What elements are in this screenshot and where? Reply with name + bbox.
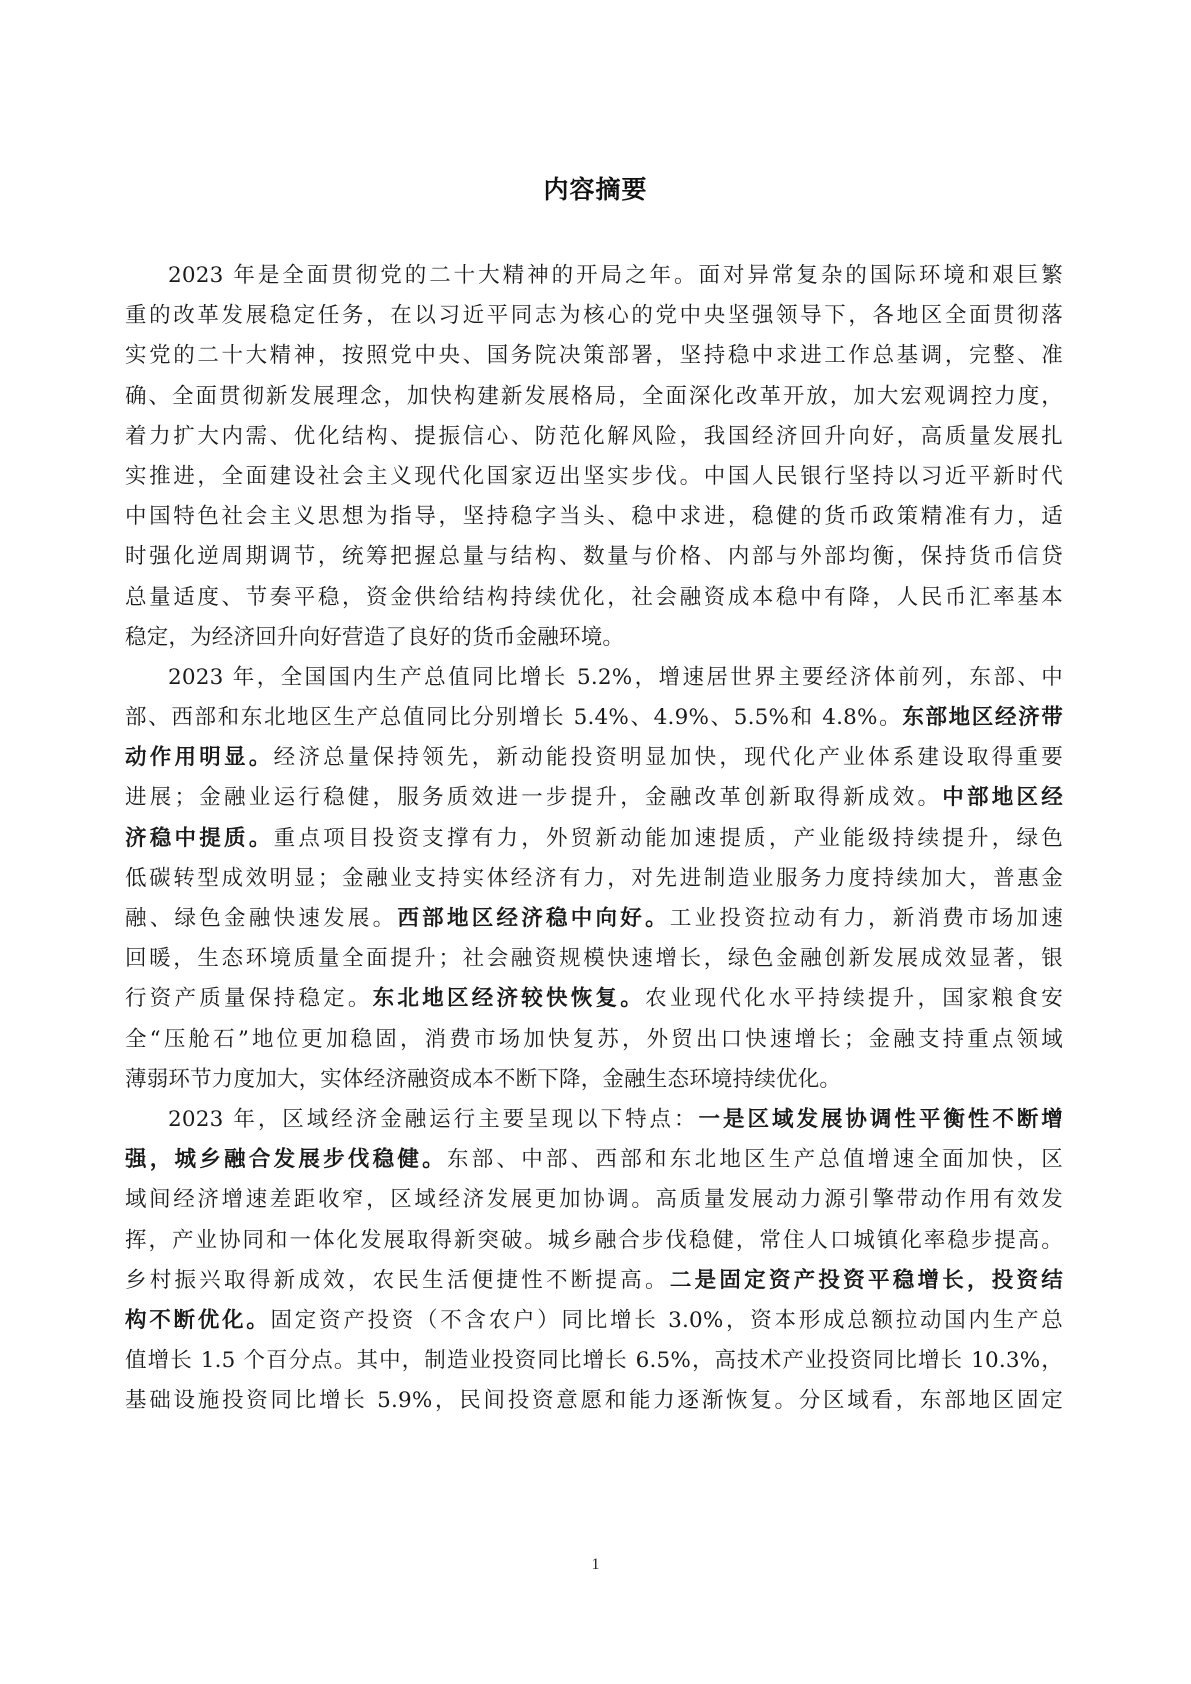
text-segment: 2023 年是全面贯彻党的二十大精神的开局之年。面对异常复杂的国际环境和艰巨繁 bbox=[168, 263, 1063, 288]
text-line: 2023 年，区域经济金融运行主要呈现以下特点：一是区域发展协调性平衡性不断增 bbox=[125, 1100, 1063, 1140]
text-line: 2023 年是全面贯彻党的二十大精神的开局之年。面对异常复杂的国际环境和艰巨繁 bbox=[125, 256, 1063, 296]
text-line: 薄弱环节力度加大，实体经济融资成本不断下降，金融生态环境持续优化。 bbox=[125, 1060, 1063, 1100]
text-segment: 薄弱环节力度加大，实体经济融资成本不断下降，金融生态环境持续优化。 bbox=[125, 1067, 841, 1092]
text-line: 构不断优化。固定资产投资（不含农户）同比增长 3.0%，资本形成总额拉动国内生产… bbox=[125, 1301, 1063, 1341]
text-line: 总量适度、节奏平稳，资金供给结构持续优化，社会融资成本稳中有降，人民币汇率基本 bbox=[125, 578, 1063, 618]
text-line: 行资产质量保持稳定。东北地区经济较快恢复。农业现代化水平持续提升，国家粮食安 bbox=[125, 979, 1063, 1019]
text-segment: 行资产质量保持稳定。 bbox=[125, 986, 373, 1011]
text-line: 部、西部和东北地区生产总值同比分别增长 5.4%、4.9%、5.5%和 4.8%… bbox=[125, 698, 1063, 738]
text-segment: 重的改革发展稳定任务，在以习近平同志为核心的党中央坚强领导下，各地区全面贯彻落 bbox=[125, 303, 1063, 328]
text-line: 着力扩大内需、优化结构、提振信心、防范化解风险，我国经济回升向好，高质量发展扎 bbox=[125, 417, 1063, 457]
text-segment: 乡村振兴取得新成效，农民生活便捷性不断提高。 bbox=[125, 1268, 670, 1293]
text-line: 乡村振兴取得新成效，农民生活便捷性不断提高。二是固定资产投资平稳增长，投资结 bbox=[125, 1261, 1063, 1301]
text-line: 值增长 1.5 个百分点。其中，制造业投资同比增长 6.5%，高技术产业投资同比… bbox=[125, 1341, 1063, 1381]
text-line: 域间经济增速差距收窄，区域经济发展更加协调。高质量发展动力源引擎带动作用有效发 bbox=[125, 1180, 1063, 1220]
text-line: 低碳转型成效明显；金融业支持实体经济有力，对先进制造业服务力度持续加大，普惠金 bbox=[125, 859, 1063, 899]
text-segment: 2023 年，全国国内生产总值同比增长 5.2%，增速居世界主要经济体前列，东部… bbox=[168, 665, 1063, 690]
text-line: 实党的二十大精神，按照党中央、国务院决策部署，坚持稳中求进工作总基调，完整、准 bbox=[125, 336, 1063, 376]
text-segment: 2023 年，区域经济金融运行主要呈现以下特点： bbox=[168, 1107, 699, 1132]
text-segment: 挥，产业协同和一体化发展取得新突破。城乡融合步伐稳健，常住人口城镇化率稳步提高。 bbox=[125, 1228, 1063, 1253]
text-line: 2023 年，全国国内生产总值同比增长 5.2%，增速居世界主要经济体前列，东部… bbox=[125, 658, 1063, 698]
text-segment: 固定资产投资（不含农户）同比增长 3.0%，资本形成总额拉动国内生产总 bbox=[271, 1308, 1064, 1333]
bold-heading-east-cont: 动作用明显。 bbox=[125, 745, 274, 770]
text-segment: 总量适度、节奏平稳，资金供给结构持续优化，社会融资成本稳中有降，人民币汇率基本 bbox=[125, 585, 1063, 610]
text-line: 实推进，全面建设社会主义现代化国家迈出坚实步伐。中国人民银行坚持以习近平新时代 bbox=[125, 457, 1063, 497]
text-line: 时强化逆周期调节，统筹把握总量与结构、数量与价格、内部与外部均衡，保持货币信贷 bbox=[125, 537, 1063, 577]
text-segment: 时强化逆周期调节，统筹把握总量与结构、数量与价格、内部与外部均衡，保持货币信贷 bbox=[125, 544, 1063, 569]
text-line: 融、绿色金融快速发展。西部地区经济稳中向好。工业投资拉动有力，新消费市场加速 bbox=[125, 899, 1063, 939]
bold-point-one-cont: 强，城乡融合发展步伐稳健。 bbox=[125, 1147, 447, 1172]
text-line: 进展；金融业运行稳健，服务质效进一步提升，金融改革创新取得新成效。中部地区经 bbox=[125, 778, 1063, 818]
bold-heading-central: 中部地区经 bbox=[942, 785, 1063, 810]
text-segment: 回暖，生态环境质量全面提升；社会融资规模快速增长，绿色金融创新发展成效显著，银 bbox=[125, 946, 1063, 971]
text-segment: 进展；金融业运行稳健，服务质效进一步提升，金融改革创新取得新成效。 bbox=[125, 785, 942, 810]
bold-point-one: 一是区域发展协调性平衡性不断增 bbox=[699, 1107, 1063, 1132]
bold-point-two-cont: 构不断优化。 bbox=[125, 1308, 271, 1333]
text-line: 强，城乡融合发展步伐稳健。东部、中部、西部和东北地区生产总值增速全面加快，区 bbox=[125, 1140, 1063, 1180]
text-segment: 实推进，全面建设社会主义现代化国家迈出坚实步伐。中国人民银行坚持以习近平新时代 bbox=[125, 464, 1063, 489]
text-segment: 基础设施投资同比增长 5.9%，民间投资意愿和能力逐渐恢复。分区域看，东部地区固… bbox=[125, 1388, 1063, 1413]
bold-point-two: 二是固定资产投资平稳增长，投资结 bbox=[670, 1268, 1063, 1293]
paragraph-3: 2023 年，区域经济金融运行主要呈现以下特点：一是区域发展协调性平衡性不断增 … bbox=[125, 1100, 1063, 1422]
text-segment: 确、全面贯彻新发展理念，加快构建新发展格局，全面深化改革开放，加大宏观调控力度， bbox=[125, 384, 1063, 409]
text-segment: 工业投资拉动有力，新消费市场加速 bbox=[670, 906, 1063, 931]
document-page: 内容摘要 2023 年是全面贯彻党的二十大精神的开局之年。面对异常复杂的国际环境… bbox=[0, 0, 1191, 1684]
bold-heading-west: 西部地区经济稳中向好。 bbox=[397, 906, 669, 931]
paragraph-2: 2023 年，全国国内生产总值同比增长 5.2%，增速居世界主要经济体前列，东部… bbox=[125, 658, 1063, 1100]
text-segment: 经济总量保持领先，新动能投资明显加快，现代化产业体系建设取得重要 bbox=[274, 745, 1063, 770]
text-line: 回暖，生态环境质量全面提升；社会融资规模快速增长，绿色金融创新发展成效显著，银 bbox=[125, 939, 1063, 979]
bold-heading-east: 东部地区经济带 bbox=[902, 705, 1063, 730]
text-line: 确、全面贯彻新发展理念，加快构建新发展格局，全面深化改革开放，加大宏观调控力度， bbox=[125, 377, 1063, 417]
text-line: 动作用明显。经济总量保持领先，新动能投资明显加快，现代化产业体系建设取得重要 bbox=[125, 738, 1063, 778]
text-segment: 农业现代化水平持续提升，国家粮食安 bbox=[645, 986, 1063, 1011]
text-segment: 部、西部和东北地区生产总值同比分别增长 5.4%、4.9%、5.5%和 4.8%… bbox=[125, 705, 902, 730]
text-line: 济稳中提质。重点项目投资支撑有力，外贸新动能加速提质，产业能级持续提升，绿色 bbox=[125, 819, 1063, 859]
bold-heading-central-cont: 济稳中提质。 bbox=[125, 826, 274, 851]
text-segment: 中国特色社会主义思想为指导，坚持稳字当头、稳中求进，稳健的货币政策精准有力，适 bbox=[125, 504, 1063, 529]
text-segment: 值增长 1.5 个百分点。其中，制造业投资同比增长 6.5%，高技术产业投资同比… bbox=[125, 1348, 1063, 1373]
text-segment: 全“压舱石”地位更加稳固，消费市场加快复苏，外贸出口快速增长；金融支持重点领域 bbox=[125, 1027, 1063, 1052]
text-segment: 融、绿色金融快速发展。 bbox=[125, 906, 397, 931]
text-segment: 域间经济增速差距收窄，区域经济发展更加协调。高质量发展动力源引擎带动作用有效发 bbox=[125, 1187, 1063, 1212]
document-body: 2023 年是全面贯彻党的二十大精神的开局之年。面对异常复杂的国际环境和艰巨繁 … bbox=[125, 256, 1063, 1421]
text-line: 稳定，为经济回升向好营造了良好的货币金融环境。 bbox=[125, 618, 1063, 658]
bold-heading-northeast: 东北地区经济较快恢复。 bbox=[373, 986, 645, 1011]
text-segment: 低碳转型成效明显；金融业支持实体经济有力，对先进制造业服务力度持续加大，普惠金 bbox=[125, 866, 1063, 891]
paragraph-1: 2023 年是全面贯彻党的二十大精神的开局之年。面对异常复杂的国际环境和艰巨繁 … bbox=[125, 256, 1063, 658]
text-line: 重的改革发展稳定任务，在以习近平同志为核心的党中央坚强领导下，各地区全面贯彻落 bbox=[125, 296, 1063, 336]
text-line: 基础设施投资同比增长 5.9%，民间投资意愿和能力逐渐恢复。分区域看，东部地区固… bbox=[125, 1381, 1063, 1421]
text-segment: 东部、中部、西部和东北地区生产总值增速全面加快，区 bbox=[447, 1147, 1063, 1172]
text-line: 挥，产业协同和一体化发展取得新突破。城乡融合步伐稳健，常住人口城镇化率稳步提高。 bbox=[125, 1221, 1063, 1261]
text-line: 中国特色社会主义思想为指导，坚持稳字当头、稳中求进，稳健的货币政策精准有力，适 bbox=[125, 497, 1063, 537]
text-segment: 实党的二十大精神，按照党中央、国务院决策部署，坚持稳中求进工作总基调，完整、准 bbox=[125, 343, 1063, 368]
page-title: 内容摘要 bbox=[0, 170, 1191, 206]
text-segment: 重点项目投资支撑有力，外贸新动能加速提质，产业能级持续提升，绿色 bbox=[274, 826, 1063, 851]
text-segment: 着力扩大内需、优化结构、提振信心、防范化解风险，我国经济回升向好，高质量发展扎 bbox=[125, 424, 1063, 449]
text-line: 全“压舱石”地位更加稳固，消费市场加快复苏，外贸出口快速增长；金融支持重点领域 bbox=[125, 1020, 1063, 1060]
page-number: 1 bbox=[0, 1556, 1191, 1574]
text-segment: 稳定，为经济回升向好营造了良好的货币金融环境。 bbox=[125, 625, 624, 650]
